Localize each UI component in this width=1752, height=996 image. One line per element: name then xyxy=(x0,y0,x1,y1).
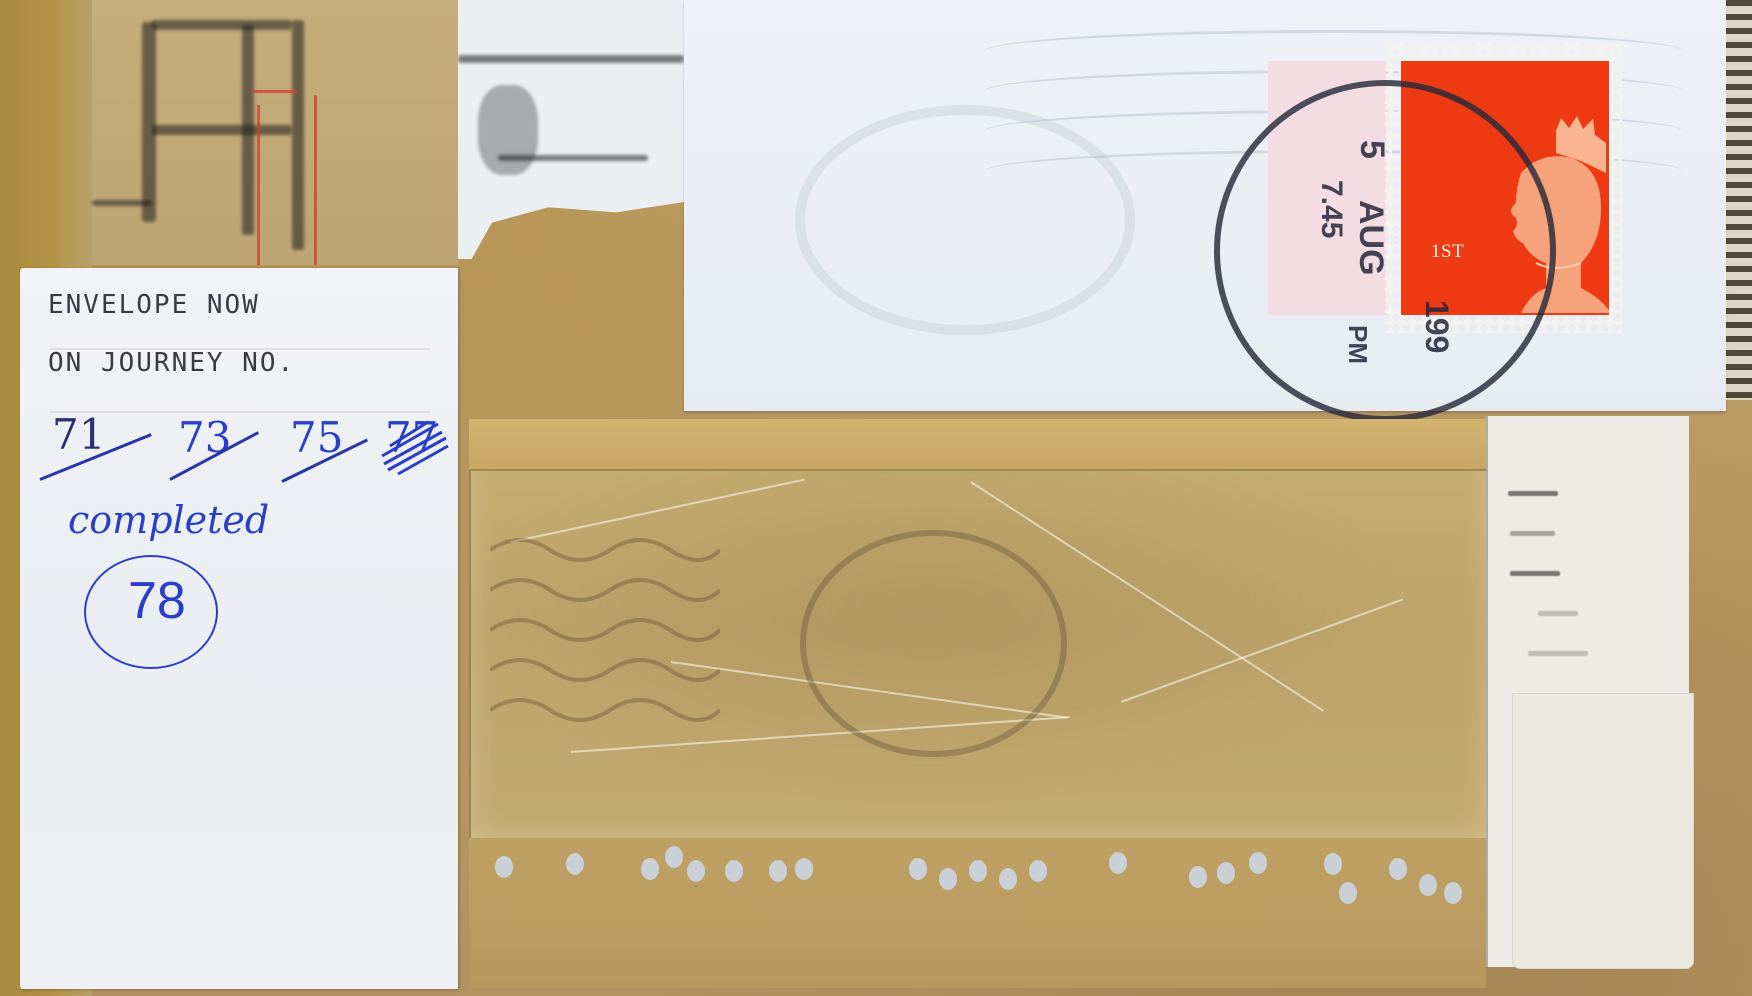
red-line xyxy=(257,105,260,265)
dot xyxy=(769,860,787,882)
dot xyxy=(909,858,927,880)
smudge xyxy=(92,200,152,206)
dot xyxy=(1217,862,1235,884)
old-postmark-area xyxy=(92,0,458,265)
dot xyxy=(795,858,813,880)
dot xyxy=(1249,852,1267,874)
handwritten-note-card: ENVELOPE NOW ON JOURNEY NO. 71 73 75 77 … xyxy=(20,268,458,989)
postmark-meridiem: PM xyxy=(1342,325,1373,364)
dot xyxy=(687,860,705,882)
postmark-month: AUG xyxy=(1351,200,1390,276)
label-print xyxy=(1508,491,1558,496)
right-inner-label xyxy=(1512,693,1694,969)
completed-number: 78 xyxy=(128,571,186,631)
label-print xyxy=(1528,651,1588,656)
dot xyxy=(939,868,957,890)
dot xyxy=(999,868,1017,890)
journey-number: 73 xyxy=(178,413,231,462)
smudge xyxy=(498,155,648,161)
label-print xyxy=(1510,531,1555,536)
smudge xyxy=(152,125,292,135)
postmark-time: 7.45 xyxy=(1314,180,1348,238)
label-print xyxy=(1510,571,1560,576)
smudge xyxy=(458,55,684,63)
note-line-1: ENVELOPE NOW xyxy=(48,290,260,320)
dot xyxy=(1444,882,1462,904)
barcode-edge xyxy=(1726,0,1752,400)
ghost-postmark xyxy=(800,530,1067,757)
dot xyxy=(1389,858,1407,880)
dot xyxy=(641,858,659,880)
note-line-2: ON JOURNEY NO. xyxy=(48,348,295,378)
red-line xyxy=(252,90,297,93)
wavy-cancel-marks xyxy=(490,520,720,750)
dot xyxy=(665,846,683,868)
dot xyxy=(1324,853,1342,875)
smudge xyxy=(478,85,538,175)
dot xyxy=(1109,852,1127,874)
dot xyxy=(969,860,987,882)
ruled-line xyxy=(50,411,430,413)
smudge xyxy=(242,25,254,235)
dot xyxy=(1419,874,1437,896)
postmark-day: 5 xyxy=(1352,140,1391,159)
dot xyxy=(1029,860,1047,882)
journey-number: 71 xyxy=(52,410,105,459)
red-line xyxy=(314,95,317,265)
crease xyxy=(1121,598,1404,702)
postmark-year: 199 xyxy=(1418,300,1455,353)
scribble-icon xyxy=(378,416,450,476)
dot xyxy=(1339,882,1357,904)
dot xyxy=(566,853,584,875)
envelope-flap xyxy=(469,419,1486,471)
dot xyxy=(495,856,513,878)
smudge xyxy=(152,20,292,30)
dot xyxy=(1189,866,1207,888)
smudge xyxy=(292,20,304,250)
label-print xyxy=(1538,611,1578,616)
faint-postmark xyxy=(795,105,1135,335)
dot xyxy=(725,860,743,882)
envelope-bottom-band xyxy=(469,838,1486,988)
completed-label: completed xyxy=(68,498,269,542)
smudge xyxy=(142,22,156,222)
